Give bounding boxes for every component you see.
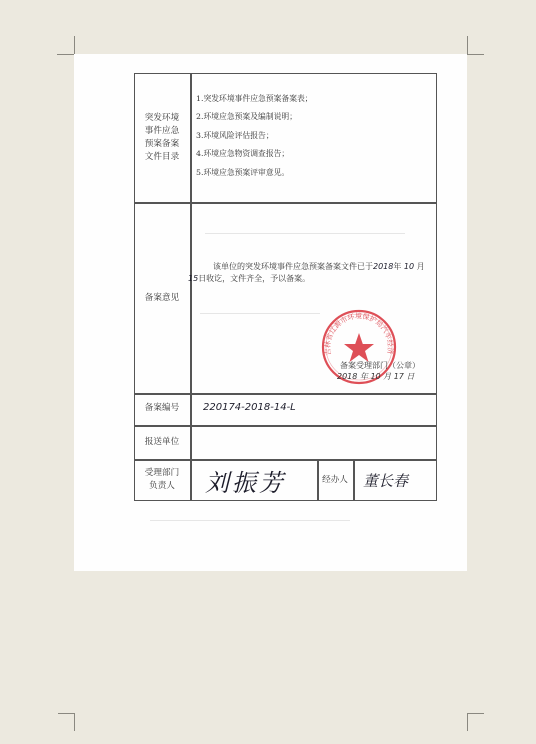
opinion-text-line-2: 15日收讫，文件齐全，予以备案。 (188, 273, 310, 286)
handler-label: 经办人 (317, 474, 353, 487)
record-number-value: 220174-2018-14-L (203, 402, 296, 413)
catalog-item: 2.环境应急预案及编制说明； (196, 108, 313, 126)
catalog-item: 4.环境应急物资调查报告； (196, 145, 313, 163)
opinion-text: 该单位的突发环境事件应急预案备案文件已于2018年 10 月 (213, 261, 425, 274)
row-divider (134, 459, 437, 461)
column-divider (190, 73, 192, 501)
dept-label: 备案受理部门（公章） (340, 360, 420, 371)
crop-mark-top-left-h (57, 54, 74, 55)
dept-head-signature: 刘振芳 (205, 463, 286, 498)
submit-unit-label: 报送单位 (134, 436, 190, 449)
catalog-label: 突发环境 事件应急 预案备案 文件目录 (134, 112, 190, 164)
dept-date: 2018 年 10 月 17 日 (337, 371, 414, 382)
row-divider (134, 425, 437, 427)
handwritten-day: 15 (188, 274, 198, 283)
handler-signature: 董长春 (363, 470, 408, 491)
column-divider (353, 459, 355, 501)
crop-mark-top-right-v (467, 36, 468, 54)
opinion-label: 备案意见 (134, 292, 190, 305)
catalog-item: 3.环境风险评估报告； (196, 127, 313, 145)
bleed-through-line (150, 520, 350, 521)
crop-mark-bottom-right-v (467, 713, 468, 731)
row-divider (134, 202, 437, 204)
record-number-label: 备案编号 (134, 402, 190, 415)
catalog-list: 1.突发环境事件应急预案备案表； 2.环境应急预案及编制说明； 3.环境风险评估… (196, 90, 313, 182)
crop-mark-bottom-right-h (467, 713, 484, 714)
crop-mark-bottom-left-v (74, 713, 75, 731)
handwritten-year: 2018 (373, 262, 393, 271)
crop-mark-top-right-h (467, 54, 484, 55)
crop-mark-bottom-left-h (58, 713, 75, 714)
catalog-item: 5.环境应急预案评审意见。 (196, 164, 313, 182)
crop-mark-top-left-v (74, 36, 75, 54)
row-divider (134, 393, 437, 395)
dept-head-label: 受理部门 负责人 (134, 467, 190, 493)
handwritten-month: 10 (404, 262, 414, 271)
catalog-item: 1.突发环境事件应急预案备案表； (196, 90, 313, 108)
